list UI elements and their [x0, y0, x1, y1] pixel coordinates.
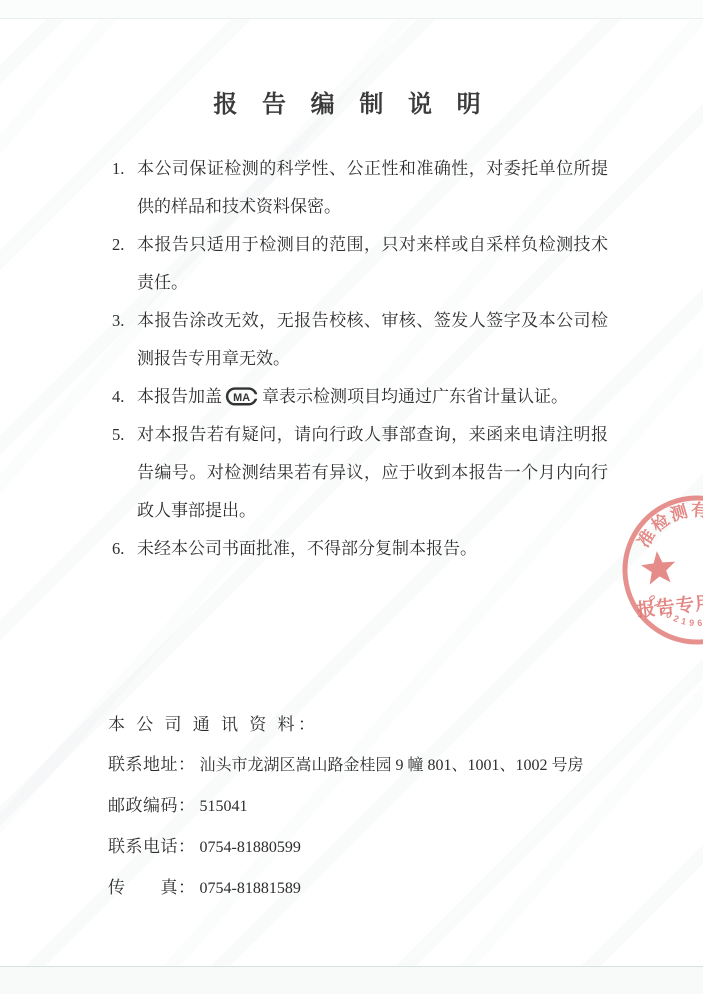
item-number: 3.: [112, 302, 137, 378]
item-number: 6.: [112, 530, 137, 568]
notice-item-5: 5. 对本报告若有疑问，请向行政人事部查询，来函来电请注明报告编号。对检测结果若…: [112, 416, 608, 530]
seal-star-icon: [640, 549, 677, 585]
contact-value: 515041: [200, 798, 248, 815]
seal-line-text: 报告专用章: [636, 589, 703, 621]
seal-ring: [618, 491, 703, 649]
contact-value: 0754-81881589: [200, 880, 301, 897]
item-text-after-logo: 章表示检测项目均通过广东省计量认证。: [262, 387, 568, 406]
notice-item-2: 2. 本报告只适用于检测目的范围，只对来样或自采样负检测技术责任。: [112, 226, 608, 302]
notice-item-6: 6. 未经本公司书面批准，不得部分复制本报告。: [112, 530, 608, 568]
item-text: 本报告涂改无效，无报告校核、审核、签发人签字及本公司检测报告专用章无效。: [137, 302, 608, 378]
contact-value: 0754-81880599: [200, 839, 301, 856]
item-text: 本报告只适用于检测目的范围，只对来样或自采样负检测技术责任。: [137, 226, 608, 302]
contact-row-phone: 联系电话：0754-81880599: [108, 827, 584, 868]
contact-row-address: 联系地址：汕头市龙湖区嵩山路金桂园 9 幢 801、1001、1002 号房: [108, 745, 584, 786]
contact-row-postcode: 邮政编码：515041: [108, 786, 584, 827]
contact-label: 邮政编码：: [108, 796, 196, 815]
contact-value: 汕头市龙湖区嵩山路金桂园 9 幢 801、1001、1002 号房: [200, 757, 584, 774]
contact-heading: 本 公 司 通 讯 资 料：: [108, 705, 584, 745]
item-text: 本公司保证检测的科学性、公正性和准确性，对委托单位所提供的样品和技术资料保密。: [137, 150, 608, 226]
page-bottom-edge: [0, 966, 703, 994]
item-number: 4.: [112, 378, 137, 416]
contact-info-block: 本 公 司 通 讯 资 料： 联系地址：汕头市龙湖区嵩山路金桂园 9 幢 801…: [108, 705, 584, 909]
svg-text:MA: MA: [233, 392, 250, 404]
notice-item-3: 3. 本报告涂改无效，无报告校核、审核、签发人签字及本公司检测报告专用章无效。: [112, 302, 608, 378]
svg-text:070021960: 070021960: [646, 587, 703, 633]
page-title: 报 告 编 制 说 明: [0, 84, 703, 119]
item-text-before-logo: 本报告加盖: [137, 387, 222, 406]
notice-item-1: 1. 本公司保证检测的科学性、公正性和准确性，对委托单位所提供的样品和技术资料保…: [112, 150, 608, 226]
item-number: 1.: [112, 150, 137, 226]
page-top-edge: [0, 0, 703, 19]
item-text: 本报告加盖 MA 章表示检测项目均通过广东省计量认证。: [137, 378, 608, 416]
item-number: 5.: [112, 416, 137, 530]
company-seal: 准检测有 报告专用章 070021960: [597, 470, 703, 670]
contact-label: 传 真：: [108, 878, 196, 897]
item-text: 未经本公司书面批准，不得部分复制本报告。: [137, 530, 608, 568]
notice-list: 1. 本公司保证检测的科学性、公正性和准确性，对委托单位所提供的样品和技术资料保…: [112, 150, 608, 568]
notice-item-4: 4. 本报告加盖 MA 章表示检测项目均通过广东省计量认证。: [112, 378, 608, 416]
contact-label: 联系电话：: [108, 837, 196, 856]
cma-certification-icon: MA: [225, 386, 259, 407]
contact-row-fax: 传 真：0754-81881589: [108, 868, 584, 909]
document-page: 报 告 编 制 说 明 1. 本公司保证检测的科学性、公正性和准确性，对委托单位…: [0, 0, 703, 994]
item-number: 2.: [112, 226, 137, 302]
svg-text:准检测有: 准检测有: [629, 498, 703, 553]
item-text: 对本报告若有疑问，请向行政人事部查询，来函来电请注明报告编号。对检测结果若有异议…: [137, 416, 608, 530]
contact-label: 联系地址：: [108, 755, 196, 774]
